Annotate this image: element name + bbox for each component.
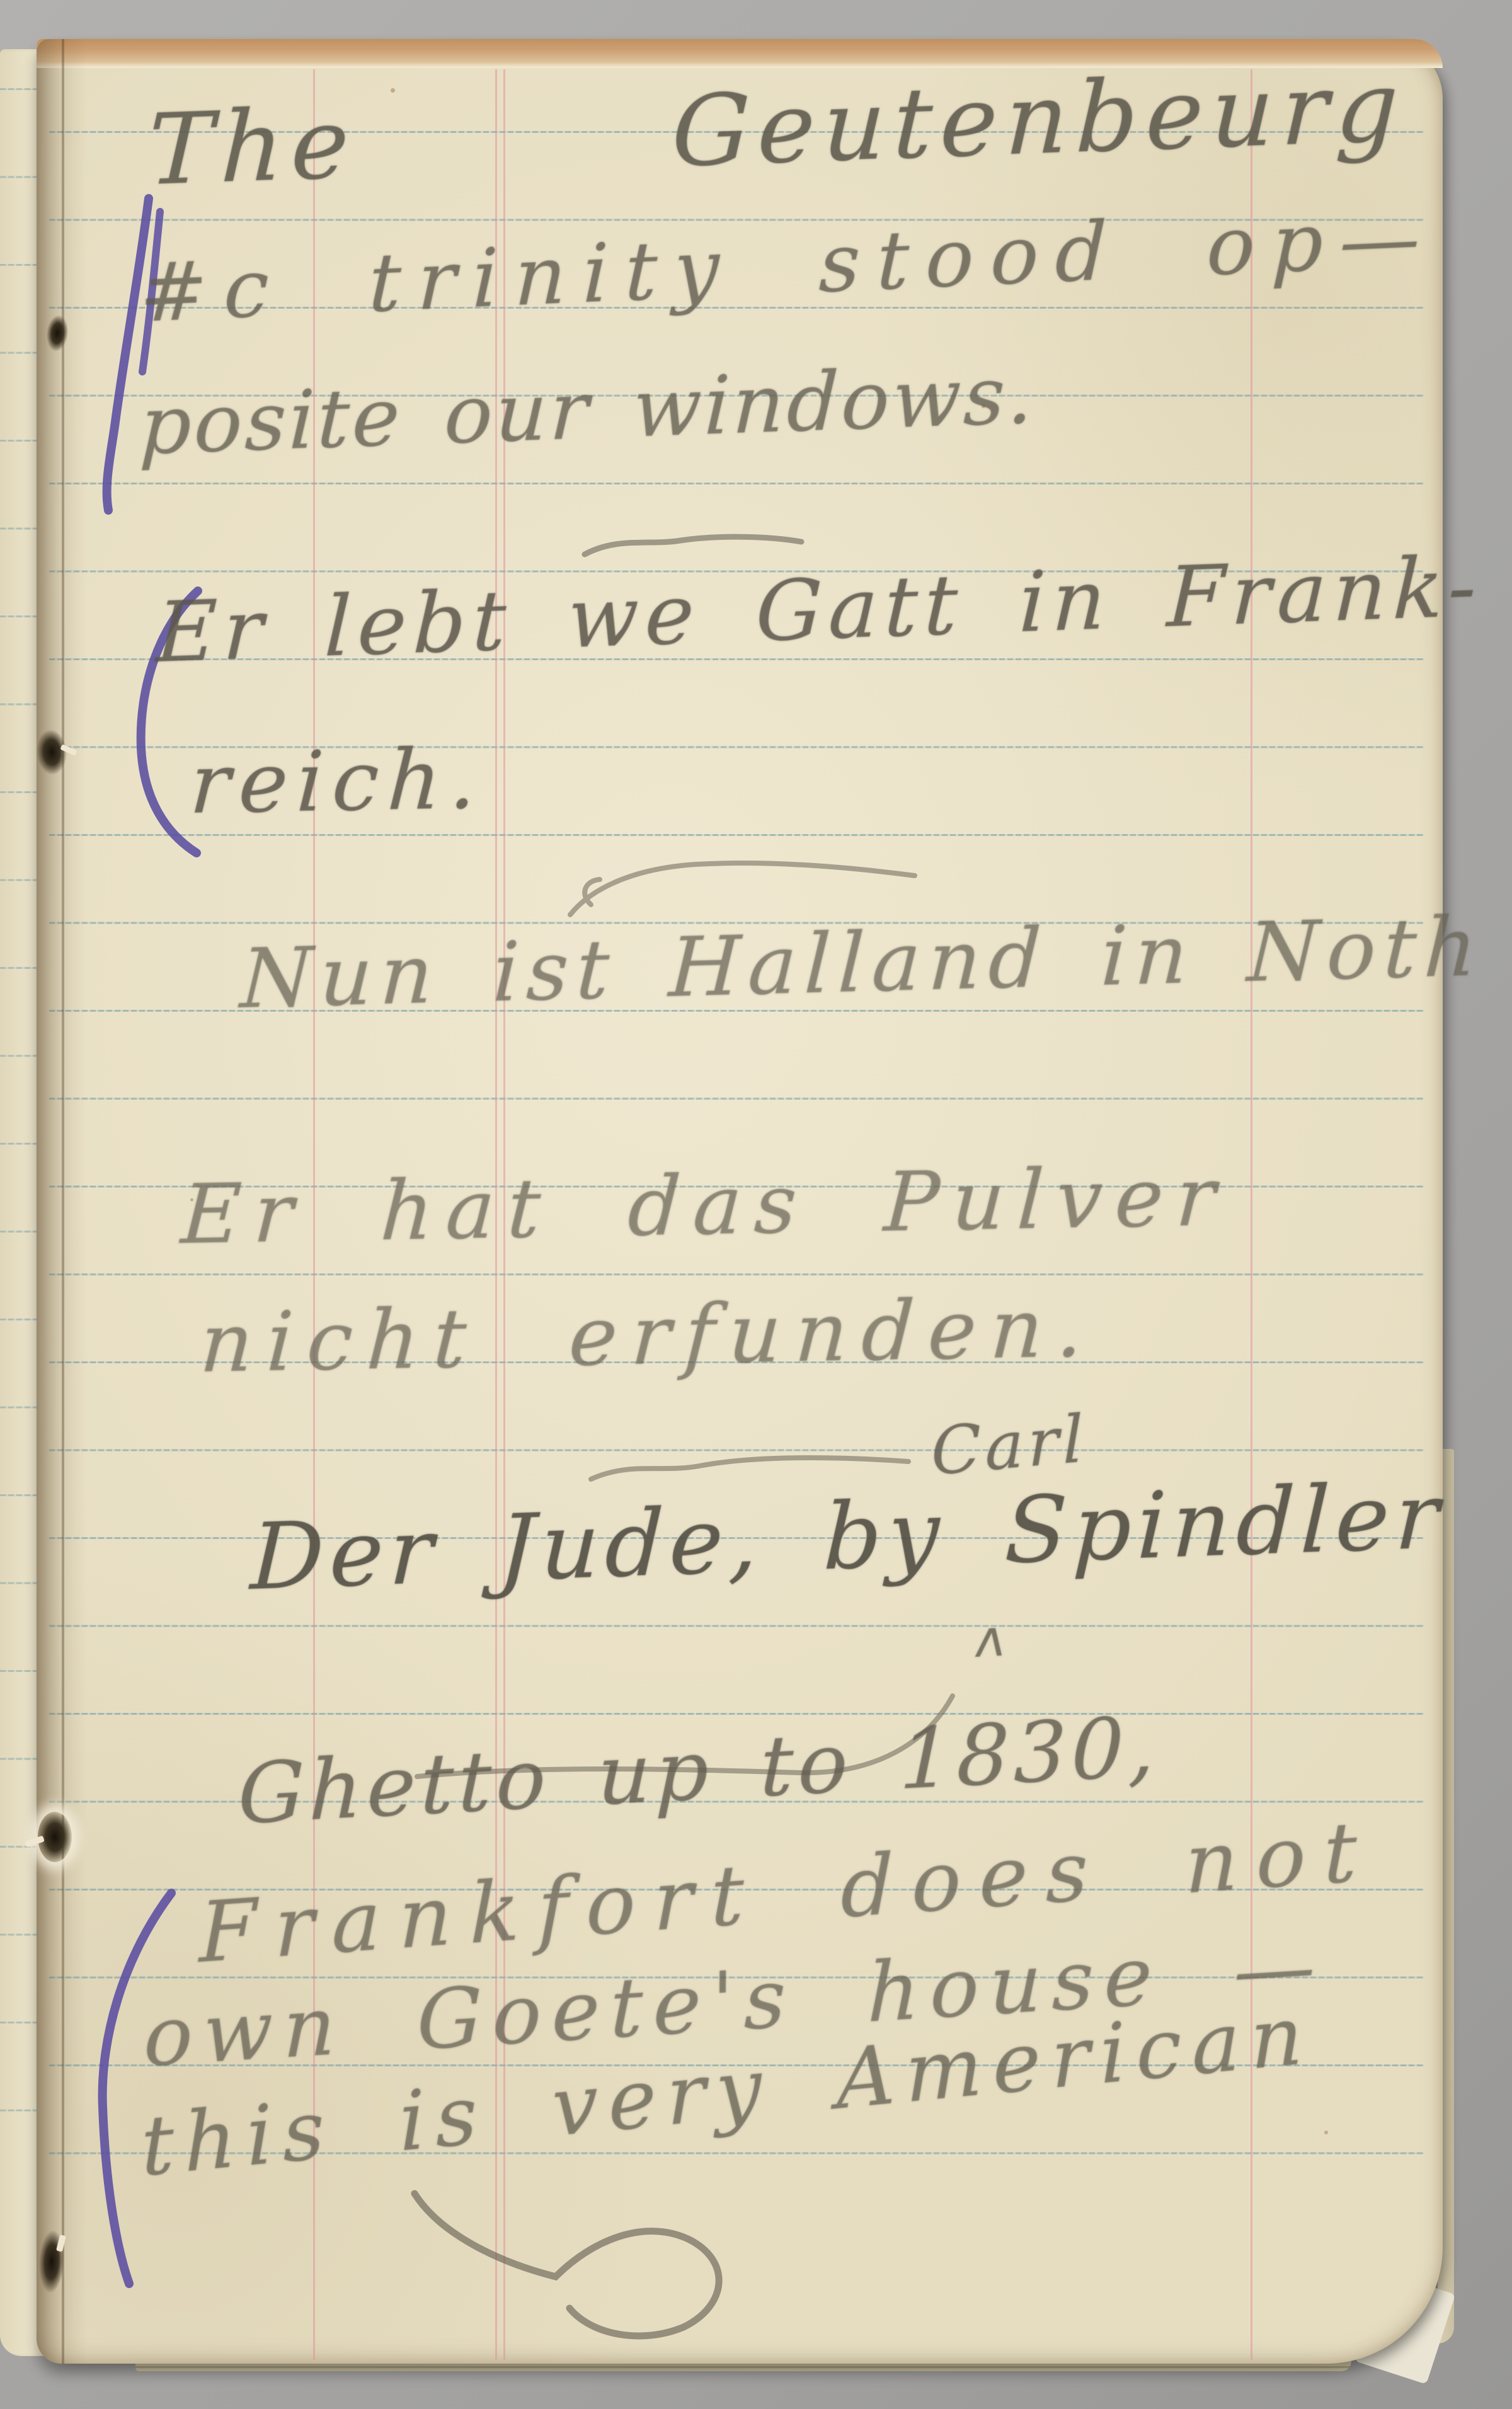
foxing-speck: [1324, 2131, 1328, 2134]
handwritten-line-pulver: Er hat das Pulver: [179, 1148, 1230, 1262]
binding-crease: [62, 39, 64, 2364]
handwritten-line-reich: reich.: [188, 731, 488, 833]
insertion-caret: ʌ: [974, 1609, 1007, 1669]
scanned-notebook-photo: { "lines": [ { "id": "line-1", "text": "…: [0, 0, 1512, 2409]
handwritten-line-erfunden: nicht erfunden.: [198, 1279, 1099, 1391]
